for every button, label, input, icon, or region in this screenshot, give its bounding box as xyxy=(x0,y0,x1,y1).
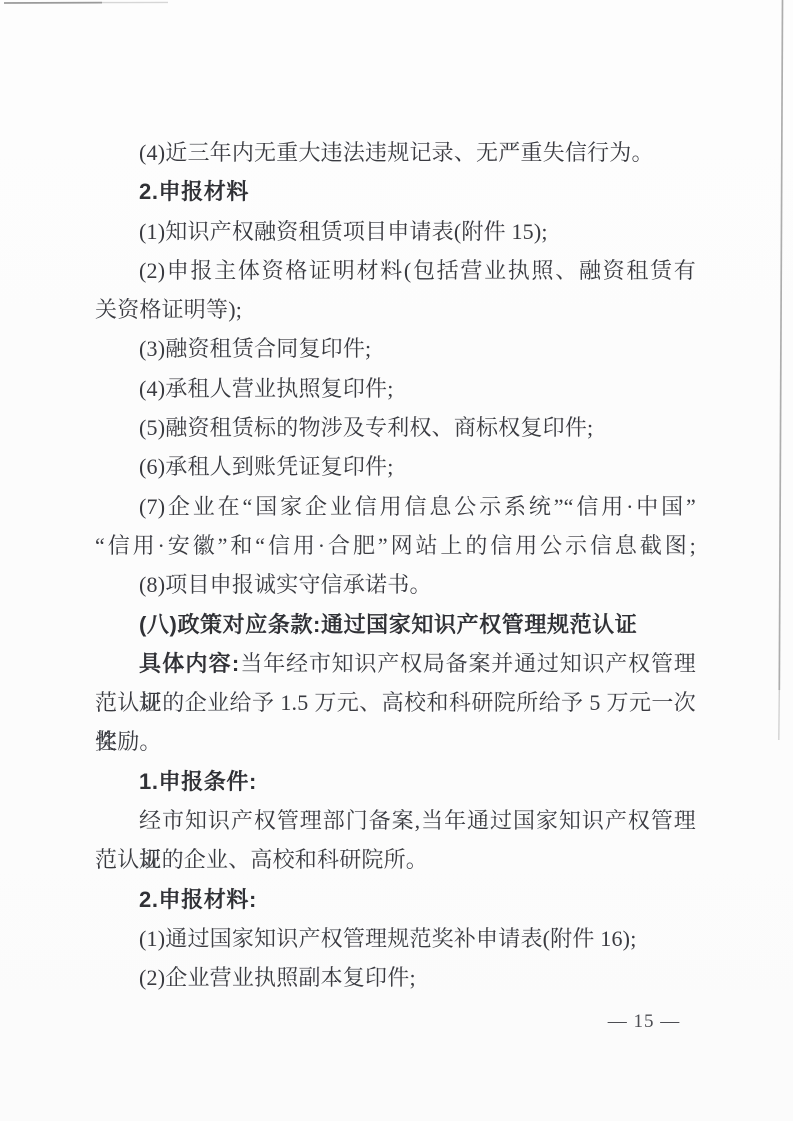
heading-text: 1.申报条件: xyxy=(139,769,257,794)
body-text: (4)承租人营业执照复印件; xyxy=(139,376,394,401)
text-line: 范认证的企业、高校和科研院所。 xyxy=(95,840,696,879)
heading-text: 具体内容: xyxy=(139,651,240,676)
body-text: (4)近三年内无重大违法违规记录、无严重失信行为。 xyxy=(139,140,654,165)
text-line: (8)项目申报诚实守信承诺书。 xyxy=(95,565,696,604)
text-line: (2)申报主体资格证明材料(包括营业执照、融资租赁有 xyxy=(95,251,696,290)
text-line: 奖励。 xyxy=(95,722,696,761)
text-line: 1.申报条件: xyxy=(95,762,696,801)
body-text: (3)融资租赁合同复印件; xyxy=(139,336,371,361)
body-text: 关资格证明等); xyxy=(95,297,242,322)
body-text: (8)项目申报诚实守信承诺书。 xyxy=(139,572,432,597)
body-text: (6)承租人到账凭证复印件; xyxy=(139,454,394,479)
text-line: (2)企业营业执照副本复印件; xyxy=(95,958,696,997)
text-line: (1)知识产权融资租赁项目申请表(附件 15); xyxy=(95,212,696,251)
body-text: “信用·安徽”和“信用·合肥”网站上的信用公示信息截图; xyxy=(95,533,696,558)
heading-text: 2.申报材料 xyxy=(139,179,249,204)
document-page: (4)近三年内无重大违法违规记录、无严重失信行为。2.申报材料(1)知识产权融资… xyxy=(0,0,793,1121)
heading-text: 2.申报材料: xyxy=(139,887,257,912)
page-number: — 15 — xyxy=(594,1007,694,1037)
text-line: 具体内容:当年经市知识产权局备案并通过知识产权管理规 xyxy=(95,644,696,683)
text-line: (八)政策对应条款:通过国家知识产权管理规范认证 xyxy=(95,605,696,644)
body-text: (1)知识产权融资租赁项目申请表(附件 15); xyxy=(139,219,548,244)
text-line: 关资格证明等); xyxy=(95,290,696,329)
text-line: (6)承租人到账凭证复印件; xyxy=(95,447,696,486)
document-body: (4)近三年内无重大违法违规记录、无严重失信行为。2.申报材料(1)知识产权融资… xyxy=(95,133,696,998)
heading-text: (八)政策对应条款:通过国家知识产权管理规范认证 xyxy=(139,612,637,637)
body-text: 奖励。 xyxy=(95,729,162,754)
body-text: (5)融资租赁标的物涉及专利权、商标权复印件; xyxy=(139,415,593,440)
body-text: (2)企业营业执照副本复印件; xyxy=(139,965,416,990)
text-line: (1)通过国家知识产权管理规范奖补申请表(附件 16); xyxy=(95,919,696,958)
text-line: 2.申报材料 xyxy=(95,172,696,211)
body-text: 范认证的企业、高校和科研院所。 xyxy=(95,847,428,872)
body-text: (2)申报主体资格证明材料(包括营业执照、融资租赁有 xyxy=(139,258,696,283)
scan-edge-right-line-fade xyxy=(779,690,780,740)
body-text: (1)通过国家知识产权管理规范奖补申请表(附件 16); xyxy=(139,926,637,951)
text-line: 范认证的企业给予 1.5 万元、高校和科研院所给予 5 万元一次性 xyxy=(95,683,696,722)
text-line: (3)融资租赁合同复印件; xyxy=(95,329,696,368)
scan-edge-right-line xyxy=(779,0,782,690)
body-text: (7)企业在“国家企业信用信息公示系统”“信用·中国” xyxy=(139,494,696,519)
text-line: (4)承租人营业执照复印件; xyxy=(95,369,696,408)
text-line: 2.申报材料: xyxy=(95,880,696,919)
text-line: (5)融资租赁标的物涉及专利权、商标权复印件; xyxy=(95,408,696,447)
text-line: (4)近三年内无重大违法违规记录、无严重失信行为。 xyxy=(95,133,696,172)
text-line: (7)企业在“国家企业信用信息公示系统”“信用·中国” xyxy=(95,487,696,526)
text-line: 经市知识产权管理部门备案,当年通过国家知识产权管理规 xyxy=(95,801,696,840)
text-line: “信用·安徽”和“信用·合肥”网站上的信用公示信息截图; xyxy=(95,526,696,565)
